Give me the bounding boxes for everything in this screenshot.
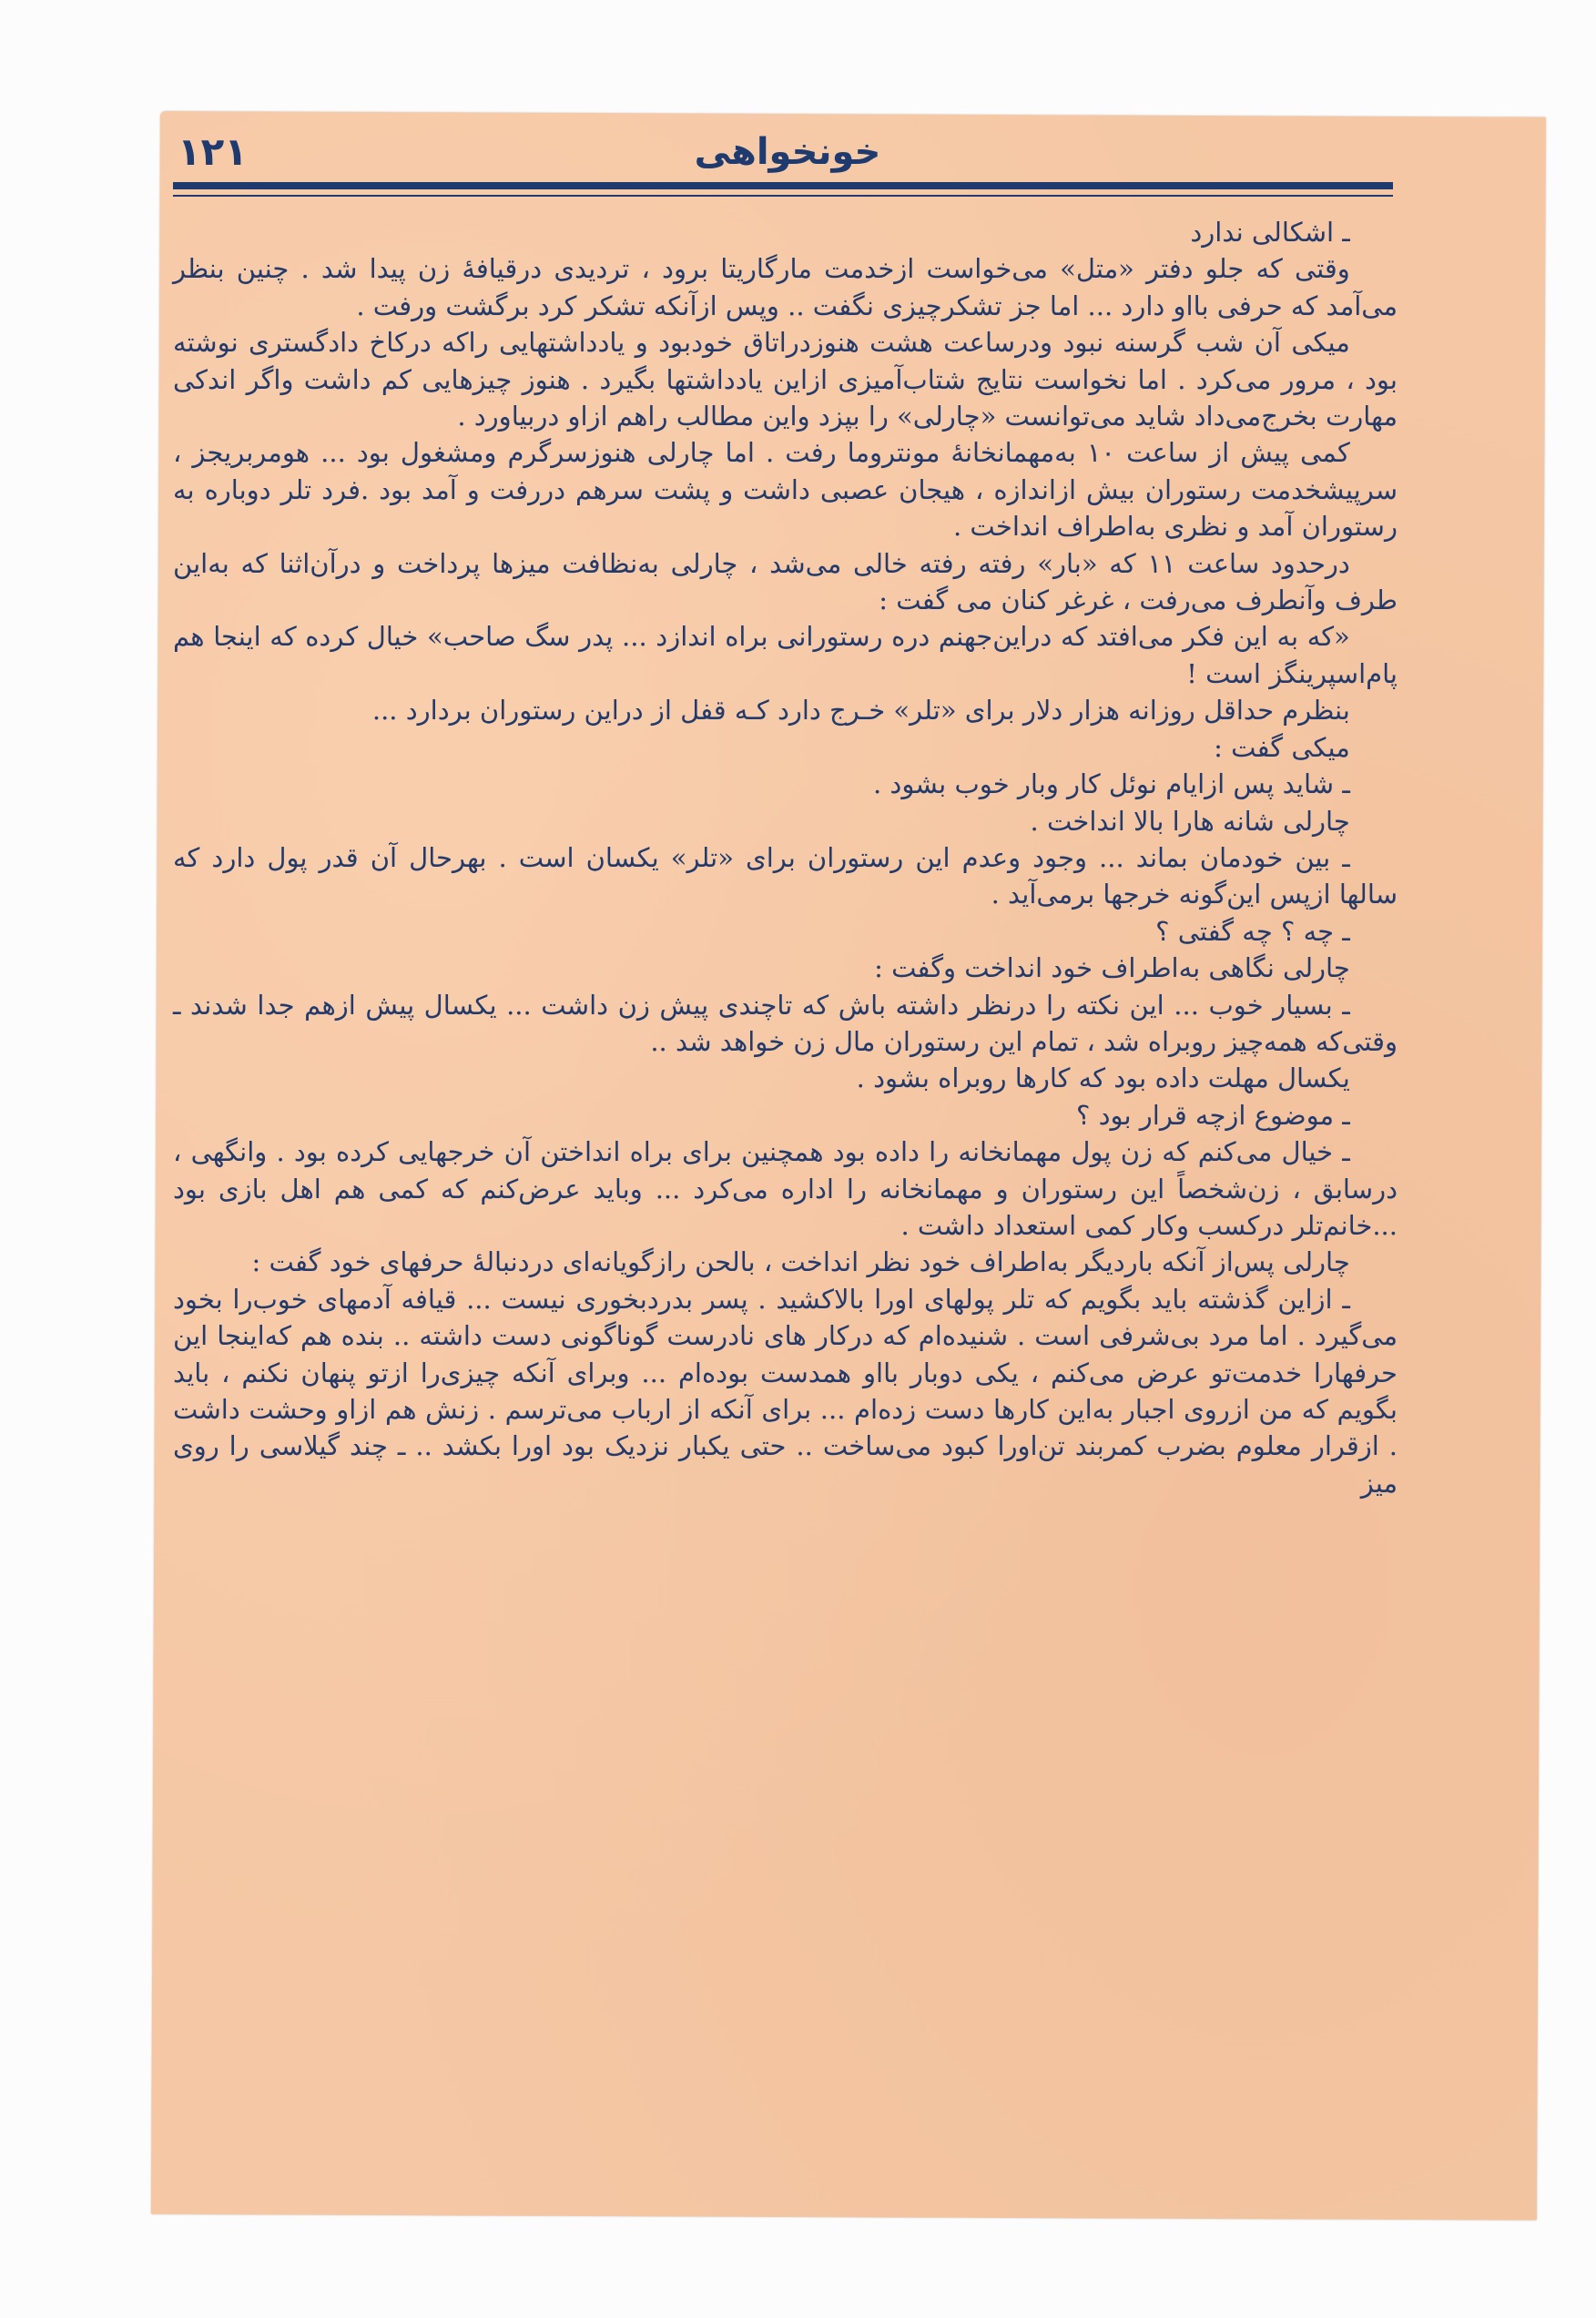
page-header: خونخواهی ۱۲۱ [178, 127, 1398, 182]
paragraph: چارلی شانه هارا بالا انداخت . [173, 803, 1398, 839]
paragraph: چارلی نگاهی به‌اطراف خود انداخت وگفت : [173, 950, 1398, 986]
paragraph: وقتی که جلو دفتر «متل» می‌خواست ازخدمت م… [173, 250, 1398, 324]
paragraph: میکی آن شب گرسنه نبود ودرساعت هشت هنوزدر… [173, 324, 1398, 434]
paragraph: ـ موضوع ازچه قرار بود ؟ [173, 1097, 1398, 1134]
paragraph: یکسال مهلت داده بود که کارها روبراه بشود… [173, 1060, 1398, 1096]
paragraph: ـ ازاین گذشته باید بگویم که تلر پولهای ا… [173, 1281, 1398, 1501]
paragraph: بنظرم حداقل روزانه هزار دلار برای «تلر» … [173, 692, 1398, 728]
paragraph: چارلی پس‌از آنکه باردیگر به‌اطراف خود نظ… [173, 1244, 1398, 1280]
page-number: ۱۲۱ [178, 129, 248, 174]
header-rule-thin [173, 195, 1393, 197]
paragraph: ـ چه ؟ چه گفتی ؟ [173, 913, 1398, 950]
paragraph: ـ خیال می‌کنم که زن پول مهمانخانه را داد… [173, 1134, 1398, 1244]
paragraph: ـ بین خودمان بماند ... وجود وعدم این رست… [173, 839, 1398, 913]
paragraph: ـ شاید پس ازایام نوئل کار وبار خوب بشود … [173, 766, 1398, 802]
paragraph: درحدود ساعت ۱۱ که «بار» رفته رفته خالی م… [173, 545, 1398, 619]
paragraph: ـ اشکالی ندارد [173, 214, 1398, 250]
paragraph: «که به این فکر می‌افتد که دراین‌جهنم دره… [173, 618, 1398, 692]
header-rule-thick [173, 182, 1393, 189]
paragraph: کمی پیش از ساعت ۱۰ به‌مهمانخانهٔ مونتروم… [173, 434, 1398, 544]
running-title: خونخواهی [695, 131, 881, 173]
paragraph: ـ بسیار خوب ... این نکته را درنظر داشته … [173, 987, 1398, 1061]
body-text: ـ اشکالی ندارد وقتی که جلو دفتر «متل» می… [173, 214, 1398, 1501]
paragraph: میکی گفت : [173, 729, 1398, 766]
